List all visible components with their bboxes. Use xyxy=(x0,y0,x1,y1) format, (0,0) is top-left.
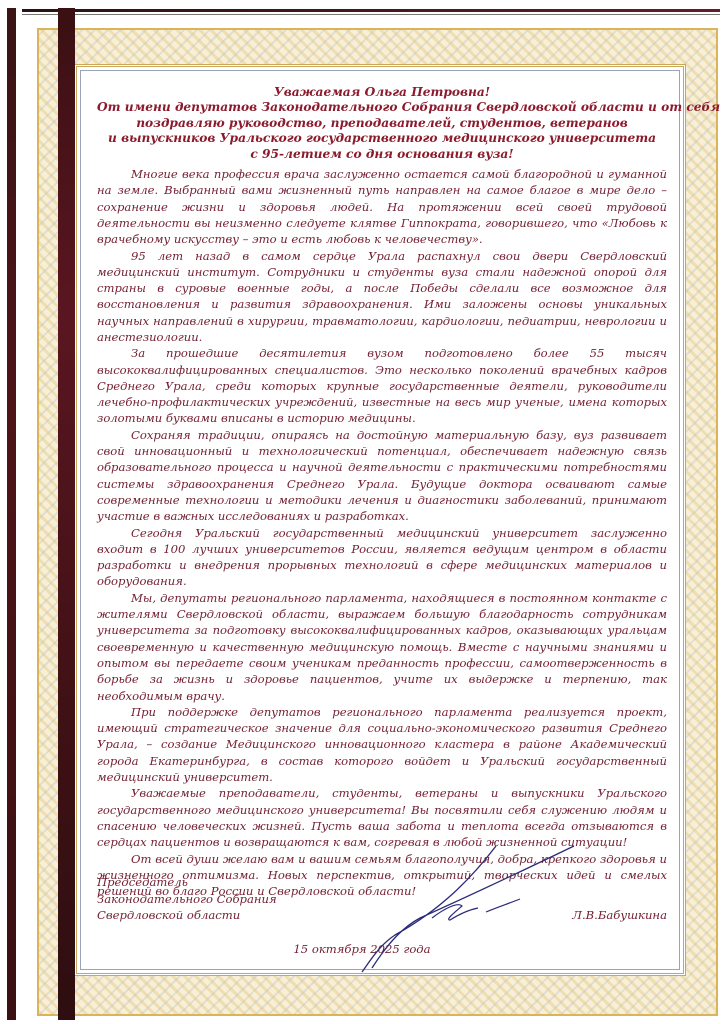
paragraph: За прошедшие десятилетия вузом подготовл… xyxy=(97,345,667,426)
paragraph: Многие века профессия врача заслуженно о… xyxy=(97,166,667,247)
paragraph: Уважаемые преподаватели, студенты, ветер… xyxy=(97,785,667,850)
salutation: Уважаемая Ольга Петровна! xyxy=(97,85,667,100)
letter-heading: Уважаемая Ольга Петровна! От имени депут… xyxy=(97,85,667,162)
signatory-name: Л.В.Бабушкина xyxy=(572,907,667,924)
paragraph: 95 лет назад в самом сердце Урала распах… xyxy=(97,248,667,346)
top-rule-thin xyxy=(22,14,720,15)
paragraph: Сохраняя традиции, опираясь на достойную… xyxy=(97,427,667,525)
heading-line: От имени депутатов Законодательного Собр… xyxy=(97,100,667,115)
paragraph: Сегодня Уральский государственный медици… xyxy=(97,525,667,590)
top-rule xyxy=(22,9,720,12)
binding-stripe-outer xyxy=(7,8,16,1020)
binding-stripe-inner xyxy=(58,8,75,1020)
letter-body: Уважаемая Ольга Петровна! От имени депут… xyxy=(97,85,667,899)
signatory-title-line: Законодательного Собрания xyxy=(97,891,667,908)
heading-line: поздравляю руководство, преподавателей, … xyxy=(97,116,667,131)
signatory-title-line: Председатель xyxy=(97,874,667,891)
heading-line: с 95-летием со дня основания вуза! xyxy=(97,147,667,162)
signature-block: Председатель Законодательного Собрания С… xyxy=(97,874,667,934)
letter-date: 15 октября 2025 года xyxy=(0,942,724,956)
heading-line: и выпускников Уральского государственног… xyxy=(97,131,667,146)
paragraph: При поддержке депутатов регионального па… xyxy=(97,704,667,785)
paragraph: Мы, депутаты регионального парламента, н… xyxy=(97,590,667,704)
